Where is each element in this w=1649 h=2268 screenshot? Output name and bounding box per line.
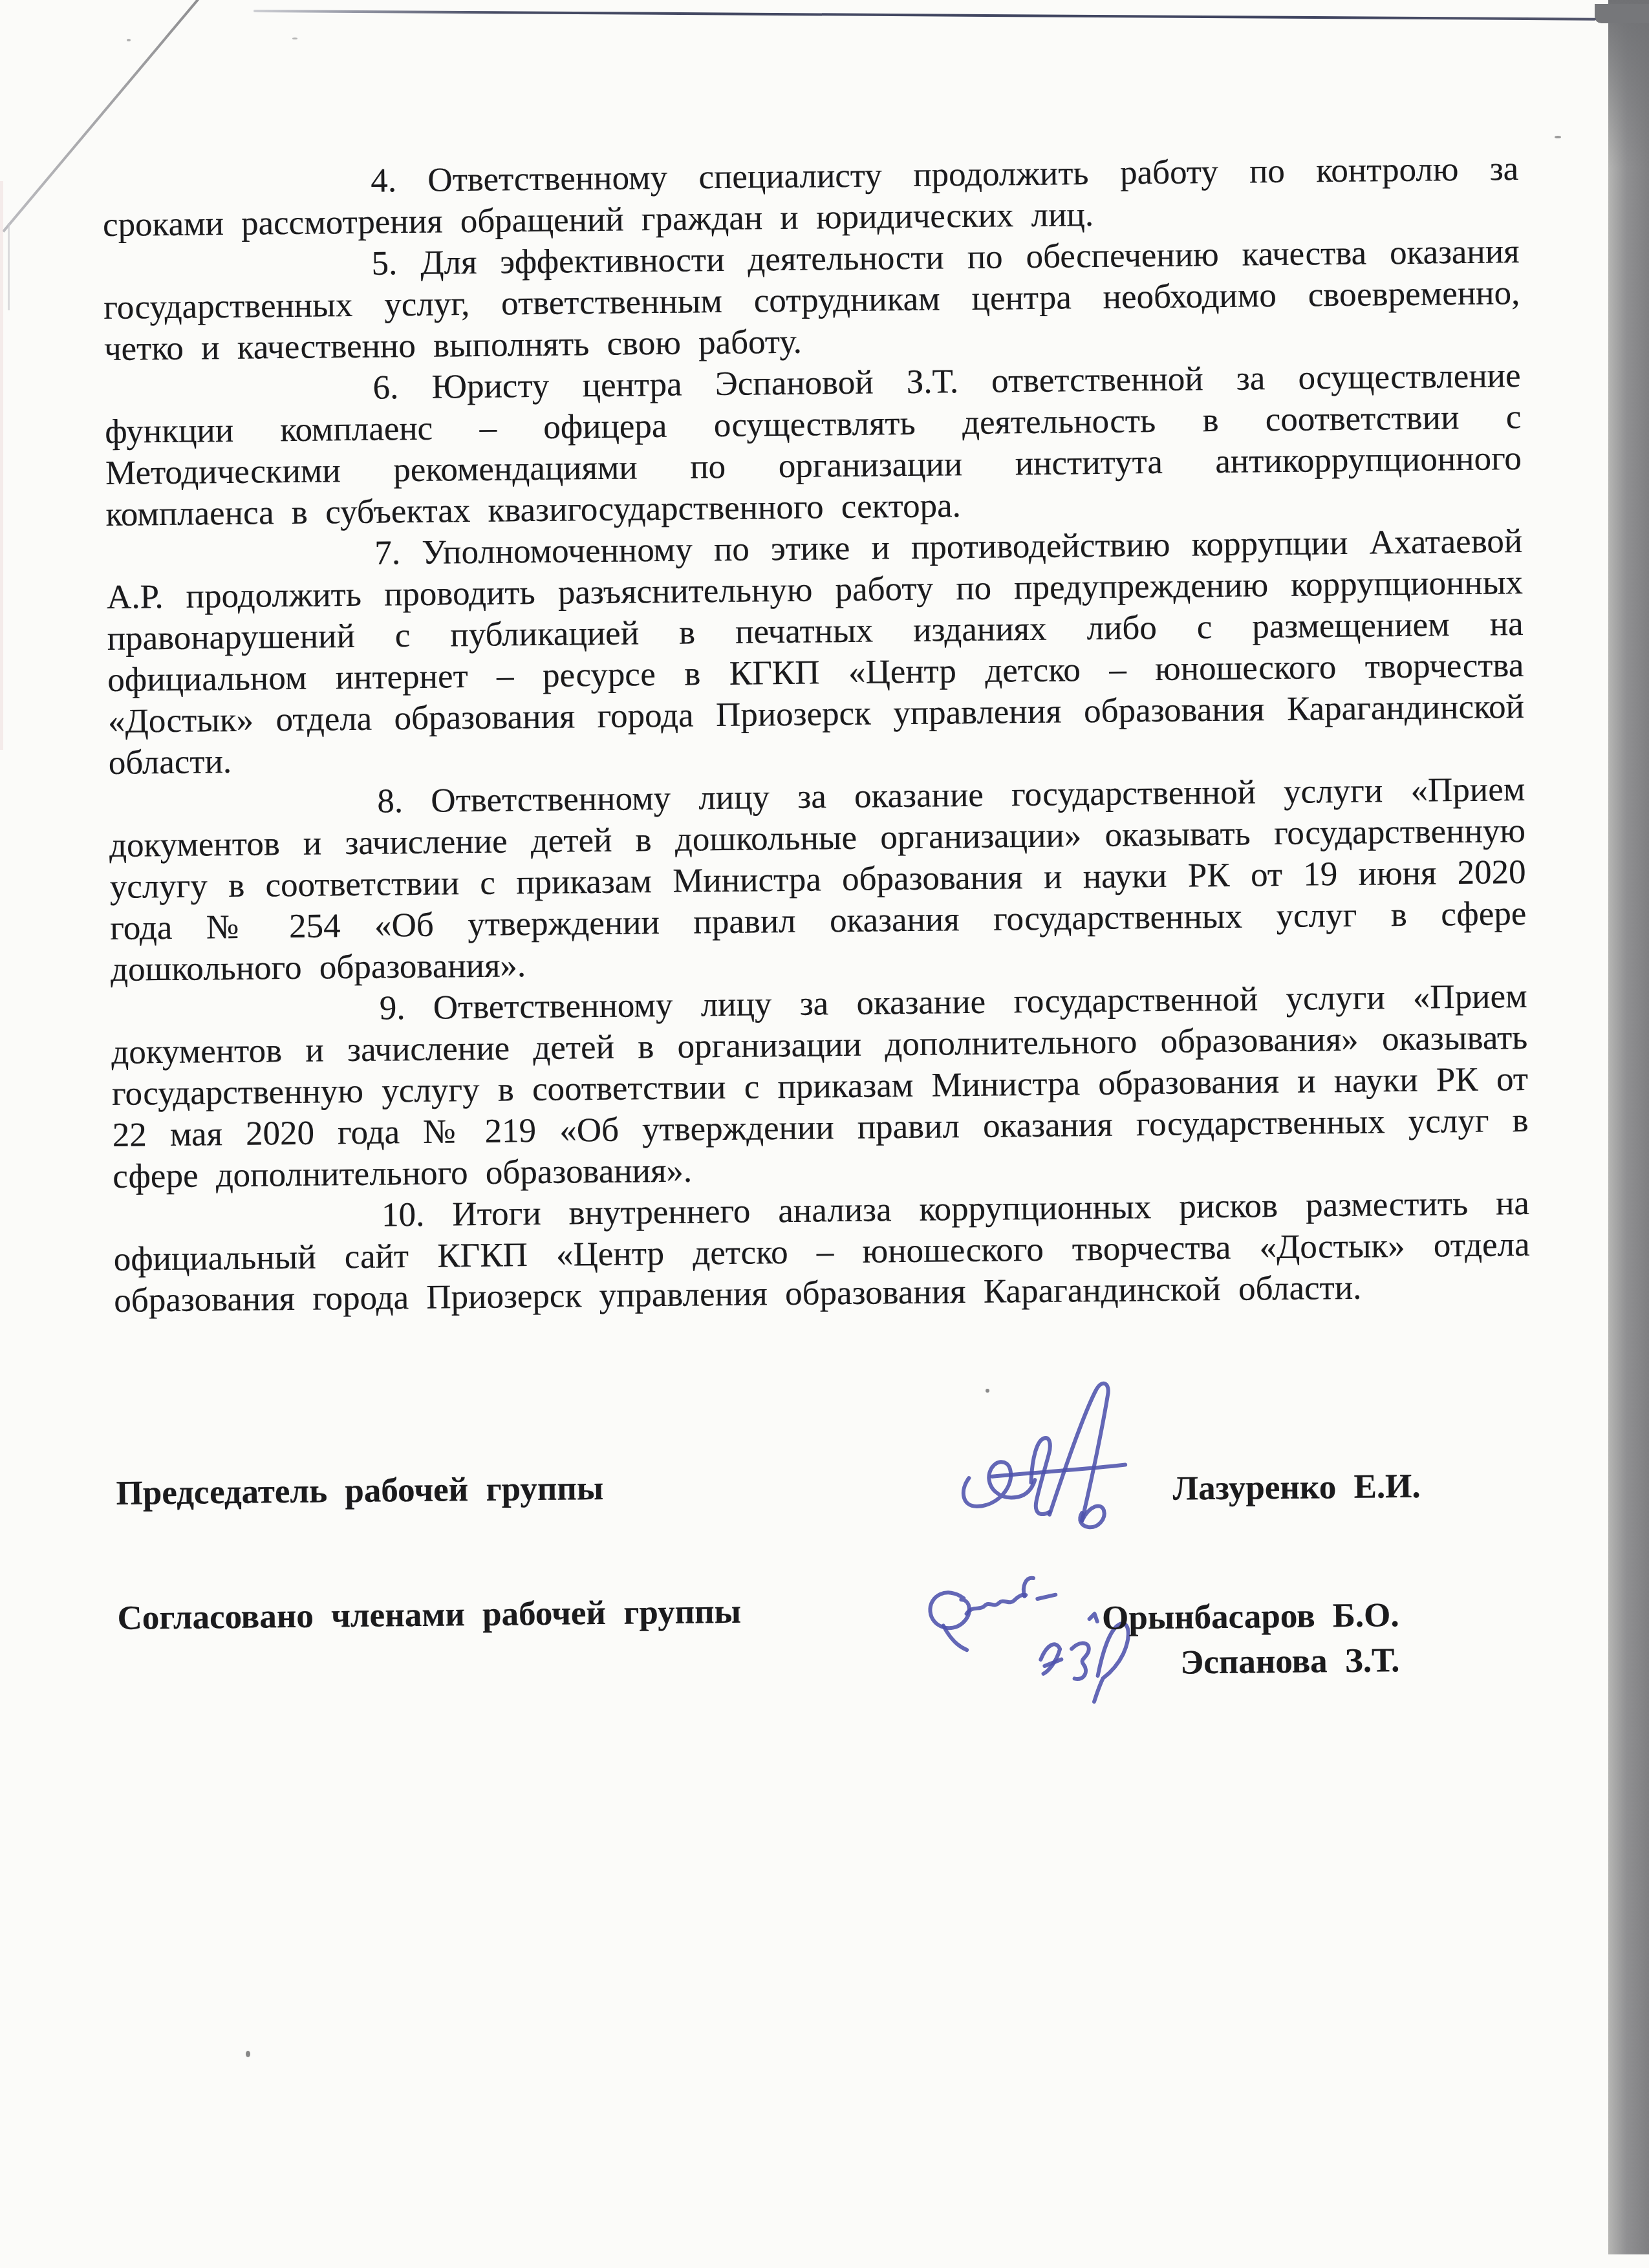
- paragraph-6: 6. Юристу центра Эспановой З.Т. ответств…: [104, 355, 1522, 535]
- chairman-name: Лазуренко Е.И.: [1172, 1466, 1421, 1510]
- paragraph-9: 9. Ответственному лицу за оказание госуд…: [111, 976, 1529, 1197]
- members-role-label: Согласовано членами рабочей группы: [117, 1591, 741, 1639]
- scan-speck: [127, 39, 131, 41]
- document-body: 4. Ответственному специалисту продолжить…: [102, 148, 1535, 1740]
- paragraph-10: 10. Итоги внутреннего анализа коррупцион…: [113, 1182, 1531, 1321]
- members-names: Орынбасаров Б.О. Эспанова З.Т.: [1102, 1592, 1400, 1686]
- paragraph-4: 4. Ответственному специалисту продолжить…: [102, 148, 1519, 246]
- scanner-edge-band-shadow: [1608, 0, 1649, 168]
- member-name: Эспанова З.Т.: [1180, 1642, 1400, 1682]
- scanner-corner-shadow: [1595, 4, 1649, 23]
- paragraph-5: 5. Для эффективности деятельности по обе…: [103, 231, 1520, 370]
- paragraph-8: 8. Ответственному лицу за оказание госуд…: [109, 769, 1527, 990]
- signature-ink-lazurenko-icon: [954, 1378, 1130, 1541]
- signature-row-members: Согласовано членами рабочей группы Орынб…: [117, 1583, 1535, 1740]
- signature-row-chairman: Председатель рабочей группы Лазуренко Е.…: [116, 1458, 1533, 1514]
- scanner-top-edge-line: [253, 10, 1596, 21]
- scan-speck: [1555, 136, 1561, 138]
- left-edge-tint: [0, 181, 3, 750]
- scan-speck: [292, 37, 297, 39]
- paragraph-7: 7. Уполномоченному по этике и противодей…: [106, 520, 1525, 784]
- scan-speck: [246, 2051, 250, 2057]
- scanned-document-page: 4. Ответственному специалисту продолжить…: [0, 0, 1649, 2268]
- member-name: Орынбасаров Б.О.: [1102, 1596, 1399, 1637]
- chairman-role-label: Председатель рабочей группы: [116, 1468, 603, 1514]
- scanner-edge-band: [1608, 0, 1649, 2254]
- page-fold-line-lower: [8, 223, 10, 310]
